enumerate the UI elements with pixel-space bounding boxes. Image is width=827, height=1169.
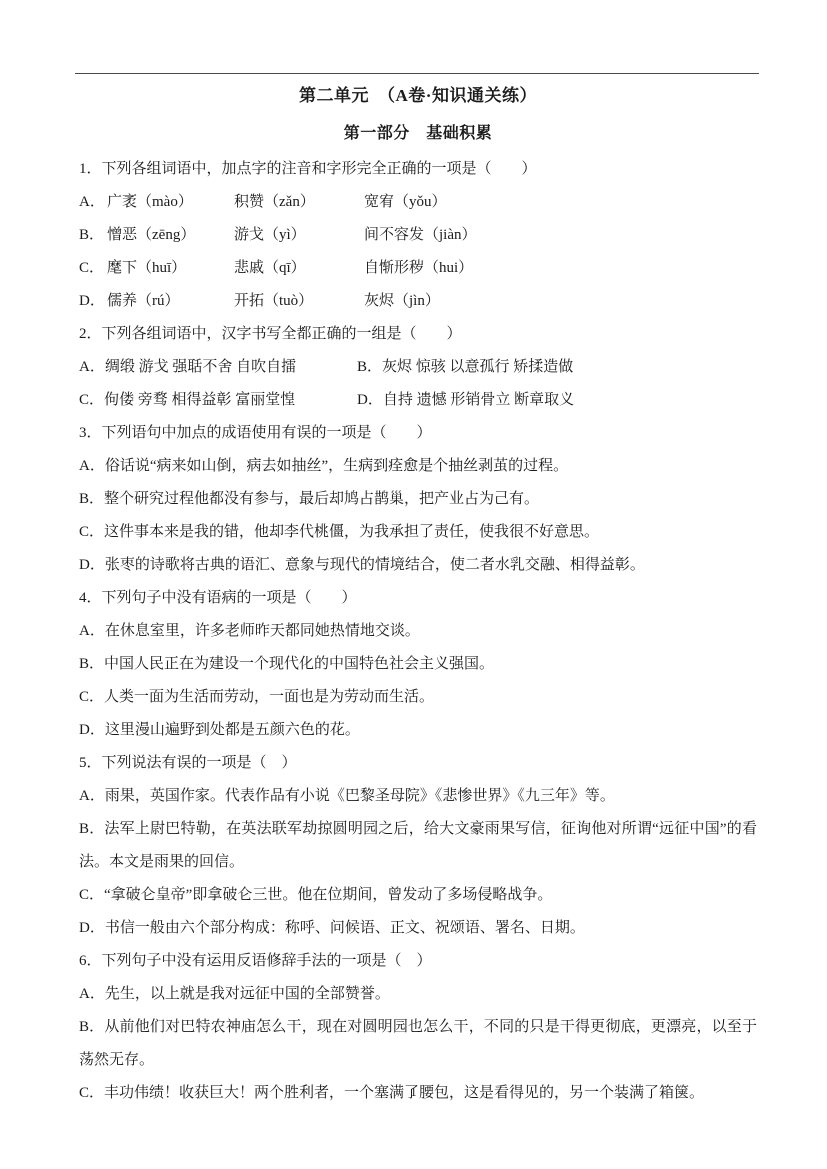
option-line-d: D． 儒养（rú） 开拓（tuò） 灰烬（jìn） <box>79 285 757 318</box>
option-label: D． <box>79 285 107 318</box>
question-stem: 6．下列句子中没有运用反语修辞手法的一项是（ ） <box>79 945 757 978</box>
question-stem: 2．下列各组词语中，汉字书写全都正确的一组是（ ） <box>79 318 757 351</box>
option-term: 麾下（huī） <box>107 252 234 285</box>
option-line-b: B．整个研究过程他都没有参与，最后却鸠占鹊巢，把产业占为己有。 <box>79 483 757 516</box>
question-3: 3．下列语句中加点的成语使用有误的一项是（ ） A．俗话说“病来如山倒，病去如抽… <box>79 417 757 582</box>
option-line-b: B．中国人民正在为建设一个现代化的中国特色社会主义强国。 <box>79 648 757 681</box>
option-term: 悲戚（qī） <box>234 252 364 285</box>
section-heading: 第一部分 基础积累 <box>79 117 757 151</box>
question-4: 4．下列句子中没有语病的一项是（ ） A．在休息室里，许多老师昨天都同她热情地交… <box>79 582 757 747</box>
option-line-c: C． 麾下（huī） 悲戚（qī） 自惭形秽（hui） <box>79 252 757 285</box>
option-a: A．绸缎 游戈 强聒不舍 自吹自擂 <box>79 351 357 384</box>
page-title: 第二单元 （A卷·知识通关练） <box>79 80 757 111</box>
option-line-ab: A．绸缎 游戈 强聒不舍 自吹自擂 B．灰烬 惊骇 以意孤行 矫揉造做 <box>79 351 757 384</box>
option-line-a: A．在休息室里，许多老师昨天都同她热情地交谈。 <box>79 615 757 648</box>
option-line-a: A．俗话说“病来如山倒，病去如抽丝”，生病到痊愈是个抽丝剥茧的过程。 <box>79 450 757 483</box>
question-stem: 5．下列说法有误的一项是（ ） <box>79 747 757 780</box>
option-term: 宽宥（yǒu） <box>364 186 757 219</box>
option-line-cd: C．佝偻 旁骛 相得益彰 富丽堂惶 D．自持 遗憾 形销骨立 断章取义 <box>79 384 757 417</box>
option-line-b: B．从前他们对巴特农神庙怎么干，现在对圆明园也怎么干，不同的只是干得更彻底，更漂… <box>79 1011 757 1077</box>
option-term: 憎恶（zēng） <box>107 219 234 252</box>
header-rule <box>75 73 759 74</box>
option-line-d: D．这里漫山遍野到处都是五颜六色的花。 <box>79 714 757 747</box>
option-label: C． <box>79 252 107 285</box>
question-stem: 1．下列各组词语中，加点字的注音和字形完全正确的一项是（ ） <box>79 153 757 186</box>
option-term: 开拓（tuò） <box>234 285 364 318</box>
option-line-d: D．书信一般由六个部分构成：称呼、问候语、正文、祝颂语、署名、日期。 <box>79 912 757 945</box>
option-line-a: A． 广袤（mào） 积赞（zǎn） 宽宥（yǒu） <box>79 186 757 219</box>
option-term: 灰烬（jìn） <box>364 285 757 318</box>
option-line-b: B． 憎恶（zēng） 游戈（yì） 间不容发（jiàn） <box>79 219 757 252</box>
option-term: 积赞（zǎn） <box>234 186 364 219</box>
option-line-c: C．“拿破仑皇帝”即拿破仑三世。他在位期间，曾发动了多场侵略战争。 <box>79 879 757 912</box>
question-2: 2．下列各组词语中，汉字书写全都正确的一组是（ ） A．绸缎 游戈 强聒不舍 自… <box>79 318 757 417</box>
option-term: 儒养（rú） <box>107 285 234 318</box>
option-b: B．灰烬 惊骇 以意孤行 矫揉造做 <box>357 351 757 384</box>
option-line-a: A．先生，以上就是我对远征中国的全部赞誉。 <box>79 978 757 1011</box>
question-stem: 4．下列句子中没有语病的一项是（ ） <box>79 582 757 615</box>
option-term: 游戈（yì） <box>234 219 364 252</box>
page-number: 1 <box>0 1085 827 1100</box>
document-page: 第二单元 （A卷·知识通关练） 第一部分 基础积累 1．下列各组词语中，加点字的… <box>0 0 827 1169</box>
option-line-a: A．雨果，英国作家。代表作品有小说《巴黎圣母院》《悲惨世界》《九三年》等。 <box>79 780 757 813</box>
question-1: 1．下列各组词语中，加点字的注音和字形完全正确的一项是（ ） A． 广袤（mào… <box>79 153 757 318</box>
option-line-c: C．人类一面为生活而劳动，一面也是为劳动而生活。 <box>79 681 757 714</box>
question-5: 5．下列说法有误的一项是（ ） A．雨果，英国作家。代表作品有小说《巴黎圣母院》… <box>79 747 757 945</box>
question-stem: 3．下列语句中加点的成语使用有误的一项是（ ） <box>79 417 757 450</box>
option-term: 广袤（mào） <box>107 186 234 219</box>
option-label: A． <box>79 186 107 219</box>
option-label: B． <box>79 219 107 252</box>
option-line-b: B．法军上尉巴特勒，在英法联军劫掠圆明园之后，给大文豪雨果写信，征询他对所谓“远… <box>79 813 757 879</box>
option-term: 间不容发（jiàn） <box>364 219 757 252</box>
option-d: D．自持 遗憾 形销骨立 断章取义 <box>357 384 757 417</box>
page-content: 第二单元 （A卷·知识通关练） 第一部分 基础积累 1．下列各组词语中，加点字的… <box>79 80 757 1110</box>
option-line-c: C．这件事本来是我的错，他却李代桃僵，为我承担了责任，使我很不好意思。 <box>79 516 757 549</box>
option-line-d: D．张枣的诗歌将古典的语汇、意象与现代的情境结合，使二者水乳交融、相得益彰。 <box>79 549 757 582</box>
option-term: 自惭形秽（hui） <box>364 252 757 285</box>
option-c: C．佝偻 旁骛 相得益彰 富丽堂惶 <box>79 384 357 417</box>
